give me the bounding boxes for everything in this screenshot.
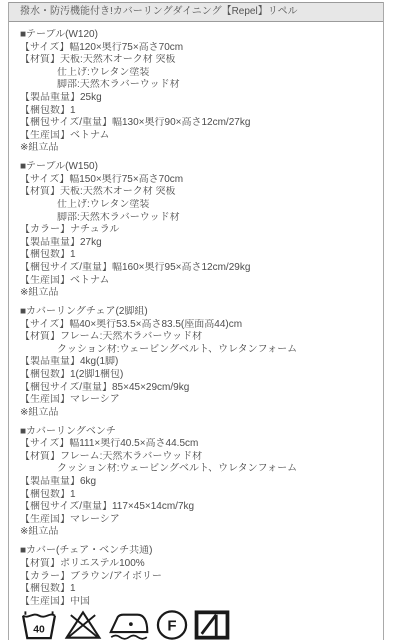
section-covering-chair: ■カバーリングチェア(2脚組)【サイズ】幅40×奥行53.5×高さ83.5(座面… <box>20 306 377 419</box>
spec-line: 【サイズ】幅120×奥行75×高さ70cm <box>20 42 377 55</box>
dry-clean-f-icon: F <box>156 610 188 640</box>
no-bleach-icon <box>64 610 102 640</box>
spec-line: 【生産国】ベトナム <box>20 130 377 143</box>
section-covering-bench: ■カバーリングベンチ【サイズ】幅111×奥行40.5×高さ44.5cm【材質】フ… <box>20 426 377 539</box>
spec-line: 【生産国】マレーシア <box>20 514 377 527</box>
spec-line: 【製品重量】25kg <box>20 92 377 105</box>
spec-line: ※組立品 <box>20 407 377 420</box>
spec-line: 【サイズ】幅111×奥行40.5×高さ44.5cm <box>20 438 377 451</box>
svg-text:40: 40 <box>33 625 45 636</box>
spec-line: 【カラー】ナチュラル <box>20 224 377 237</box>
care-icons-row: 40 F <box>9 610 383 640</box>
spec-line: 【製品重量】27kg <box>20 237 377 250</box>
spec-line: 【製品重量】6kg <box>20 476 377 489</box>
wash-40-icon: 40 <box>20 610 58 640</box>
spec-line: 【材質】フレーム:天然木ラバーウッド材 <box>20 451 377 464</box>
section-table-w120: ■テーブル(W120)【サイズ】幅120×奥行75×高さ70cm【材質】天板:天… <box>20 29 377 155</box>
spec-line: 【材質】フレーム:天然木ラバーウッド材 <box>20 331 377 344</box>
square-1-icon <box>194 610 230 640</box>
spec-line: 【梱包サイズ/重量】幅130×奥行90×高さ12cm/27kg <box>20 117 377 130</box>
spec-line: 【サイズ】幅150×奥行75×高さ70cm <box>20 174 377 187</box>
spec-line: 【材質】ポリエステル100% <box>20 558 377 571</box>
spec-line: 【生産国】中国 <box>20 596 377 609</box>
spec-line: 【サイズ】幅40×奥行53.5×高さ83.5(座面高44)cm <box>20 319 377 332</box>
section-title: ■テーブル(W150) <box>20 161 377 174</box>
section-title: ■カバー(チェア・ベンチ共通) <box>20 545 377 558</box>
section-title: ■テーブル(W120) <box>20 29 377 42</box>
spec-line: 脚部:天然木ラバーウッド材 <box>20 79 377 92</box>
section-table-w150: ■テーブル(W150)【サイズ】幅150×奥行75×高さ70cm【材質】天板:天… <box>20 161 377 300</box>
spec-line: クッション材:ウェービングベルト、ウレタンフォーム <box>20 463 377 476</box>
spec-line: ※組立品 <box>20 287 377 300</box>
spec-line: 【材質】天板:天然木オーク材 突板 <box>20 54 377 67</box>
section-title: ■カバーリングチェア(2脚組) <box>20 306 377 319</box>
spec-line: 【梱包数】1 <box>20 105 377 118</box>
spec-line: 仕上げ:ウレタン塗装 <box>20 67 377 80</box>
spec-content: ■テーブル(W120)【サイズ】幅120×奥行75×高さ70cm【材質】天板:天… <box>9 22 383 608</box>
spec-line: 【梱包数】1(2脚1梱包) <box>20 369 377 382</box>
spec-line: 仕上げ:ウレタン塗装 <box>20 199 377 212</box>
spec-line: 【製品重量】4kg(1脚) <box>20 356 377 369</box>
spec-line: 【梱包サイズ/重量】幅160×奥行95×高さ12cm/29kg <box>20 262 377 275</box>
spec-line: ※組立品 <box>20 142 377 155</box>
spec-line: 【カラー】ブラウン/アイボリー <box>20 571 377 584</box>
spec-line: クッション材:ウェービングベルト、ウレタンフォーム <box>20 344 377 357</box>
spec-line: 脚部:天然木ラバーウッド材 <box>20 212 377 225</box>
spec-line: 【梱包数】1 <box>20 583 377 596</box>
spec-line: 【梱包サイズ/重量】117×45×14cm/7kg <box>20 501 377 514</box>
spec-line: 【生産国】マレーシア <box>20 394 377 407</box>
svg-text:F: F <box>167 618 176 635</box>
section-title: ■カバーリングベンチ <box>20 426 377 439</box>
spec-line: 【生産国】ベトナム <box>20 275 377 288</box>
page-title: 撥水・防汚機能付き!カバーリングダイニング【Repel】リペル <box>9 2 383 22</box>
iron-with-cloth-icon <box>108 610 150 640</box>
spec-frame: 撥水・防汚機能付き!カバーリングダイニング【Repel】リペル ■テーブル(W1… <box>8 2 384 640</box>
spec-line: 【梱包数】1 <box>20 249 377 262</box>
spec-line: ※組立品 <box>20 526 377 539</box>
spec-line: 【材質】天板:天然木オーク材 突板 <box>20 186 377 199</box>
spec-line: 【梱包サイズ/重量】85×45×29cm/9kg <box>20 382 377 395</box>
section-cover-common: ■カバー(チェア・ベンチ共通)【材質】ポリエステル100%【カラー】ブラウン/ア… <box>20 545 377 608</box>
spec-line: 【梱包数】1 <box>20 489 377 502</box>
